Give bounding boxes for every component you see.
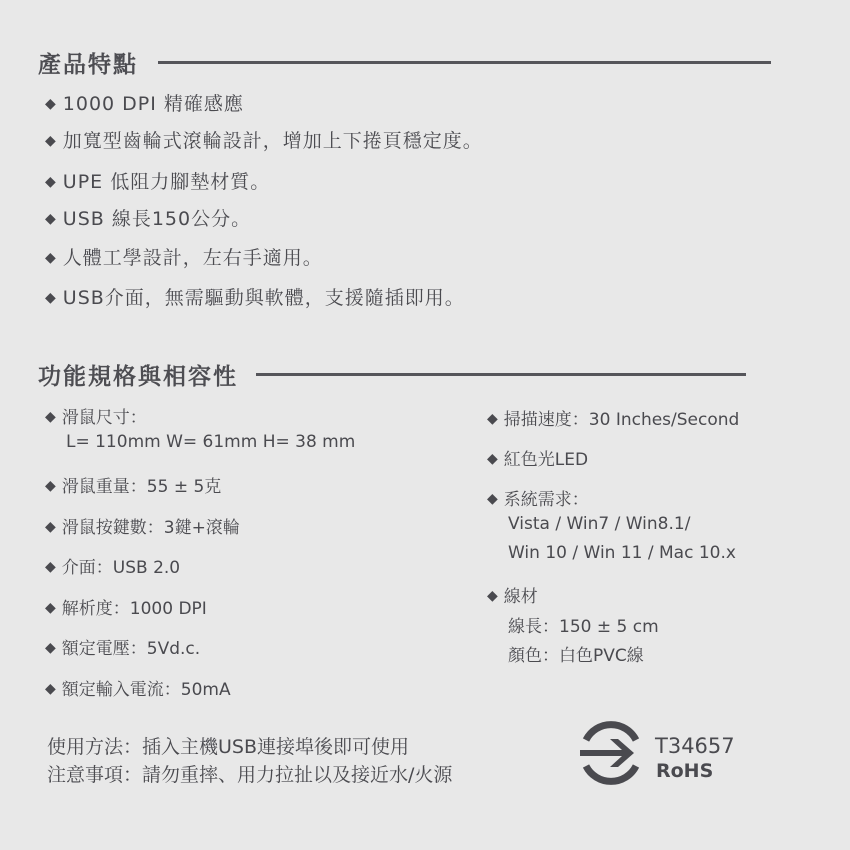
caution-note: 注意事項：請勿重摔、用力拉扯以及接近水/火源: [47, 760, 452, 787]
features-title: 產品特點: [38, 46, 138, 79]
spec-item: ◆線材: [487, 582, 538, 607]
feature-item: ◆1000 DPI 精確感應: [45, 89, 244, 116]
spec-sub: Win 10 / Win 11 / Mac 10.x: [508, 543, 736, 563]
diamond-bullet-icon: ◆: [45, 211, 57, 227]
certification-code: T34657: [655, 734, 735, 758]
features-header: 產品特點: [38, 46, 771, 79]
rohs-label: RoHS: [656, 760, 713, 782]
spec-item: ◆紅色光LED: [487, 445, 588, 470]
diamond-bullet-icon: ◆: [487, 451, 498, 467]
feature-item: ◆加寬型齒輪式滾輪設計，增加上下捲頁穩定度。: [45, 126, 483, 153]
diamond-bullet-icon: ◆: [45, 559, 56, 575]
divider: [256, 373, 746, 376]
feature-item: ◆UPE 低阻力腳墊材質。: [45, 167, 270, 194]
diamond-bullet-icon: ◆: [45, 600, 56, 616]
diamond-bullet-icon: ◆: [487, 411, 498, 427]
spec-item: ◆解析度：1000 DPI: [45, 594, 207, 619]
diamond-bullet-icon: ◆: [45, 96, 57, 112]
diamond-bullet-icon: ◆: [45, 174, 57, 190]
feature-item: ◆USB 線長150公分。: [45, 204, 251, 231]
usage-note: 使用方法：插入主機USB連接埠後即可使用: [47, 732, 409, 759]
spec-sub: L= 110mm W= 61mm H= 38 mm: [66, 432, 355, 452]
spec-item: ◆介面：USB 2.0: [45, 553, 180, 578]
diamond-bullet-icon: ◆: [487, 588, 498, 604]
spec-sub: Vista / Win7 / Win8.1/: [508, 514, 690, 534]
spec-item: ◆額定電壓：5Vd.c.: [45, 634, 200, 659]
diamond-bullet-icon: ◆: [45, 640, 56, 656]
specs-title: 功能規格與相容性: [38, 358, 238, 391]
diamond-bullet-icon: ◆: [45, 681, 56, 697]
diamond-bullet-icon: ◆: [45, 478, 56, 494]
diamond-bullet-icon: ◆: [45, 133, 57, 149]
feature-item: ◆USB介面，無需驅動與軟體，支援隨插即用。: [45, 283, 465, 310]
bsmi-certification-icon: [578, 720, 644, 786]
diamond-bullet-icon: ◆: [45, 519, 56, 535]
divider: [158, 61, 771, 64]
spec-item: ◆滑鼠重量：55 ± 5克: [45, 472, 221, 497]
diamond-bullet-icon: ◆: [45, 290, 57, 306]
spec-item: ◆額定輸入電流：50mA: [45, 675, 231, 700]
spec-item: ◆滑鼠按鍵數：3鍵+滾輪: [45, 513, 240, 538]
diamond-bullet-icon: ◆: [45, 409, 56, 425]
spec-sub: 線長：150 ± 5 cm: [508, 612, 659, 637]
diamond-bullet-icon: ◆: [45, 250, 57, 266]
spec-item: ◆系統需求：: [487, 485, 589, 510]
specs-header: 功能規格與相容性: [38, 358, 746, 391]
spec-item: ◆滑鼠尺寸：: [45, 403, 147, 428]
spec-item: ◆掃描速度：30 Inches/Second: [487, 405, 739, 430]
spec-sub: 顏色：白色PVC線: [508, 641, 644, 666]
feature-item: ◆人體工學設計，左右手適用。: [45, 243, 323, 270]
diamond-bullet-icon: ◆: [487, 491, 498, 507]
